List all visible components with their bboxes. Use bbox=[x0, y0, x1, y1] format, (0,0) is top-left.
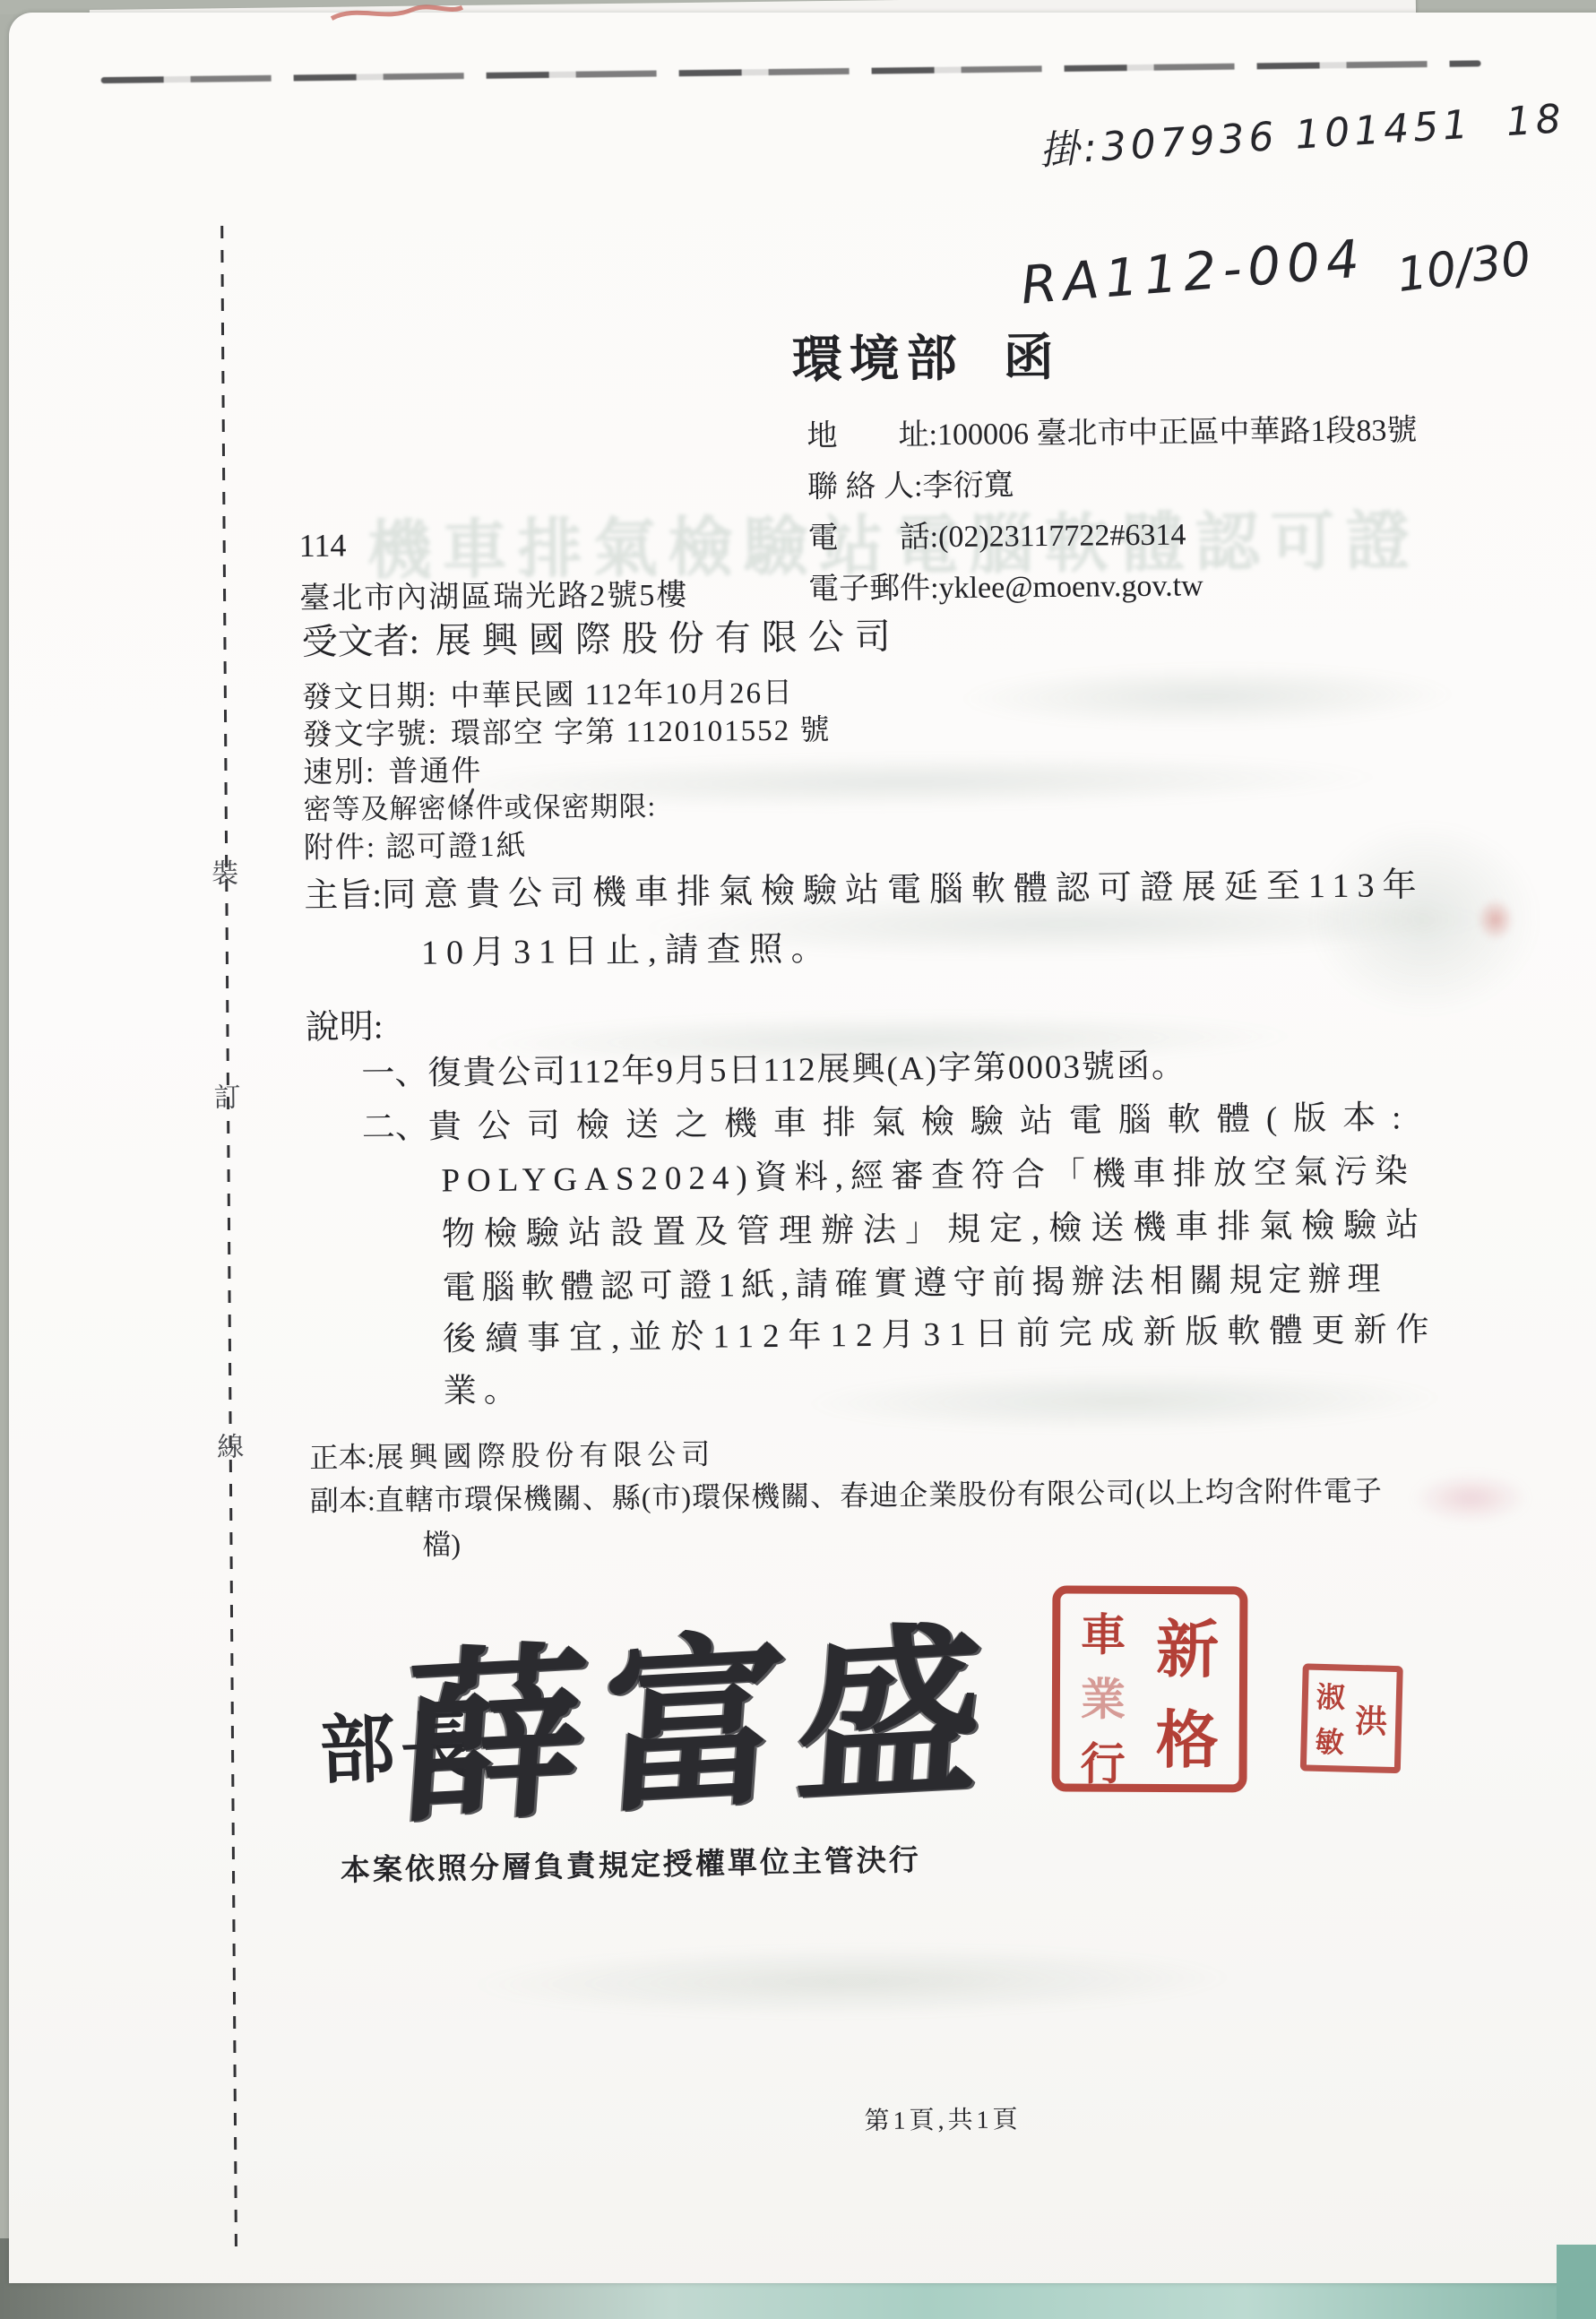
personal-seal-right-column: 洪 bbox=[1354, 1674, 1389, 1764]
bleedthrough-smudge bbox=[802, 1366, 1448, 1435]
explanation-item-2: 二、貴公司檢送之機車排氣檢驗站電腦軟體(版本: bbox=[362, 1090, 1418, 1148]
red-ink-dot bbox=[1477, 898, 1514, 941]
seal-char: 洪 bbox=[1355, 1695, 1388, 1742]
personal-name-seal-stamp: 淑 敏 洪 bbox=[1300, 1663, 1403, 1773]
contact-person-label: 聯 絡 人: bbox=[807, 470, 923, 504]
minister-signature-calligraphy: 薛富盛 bbox=[394, 1561, 1006, 1858]
item-1-number: 一、 bbox=[361, 1056, 427, 1093]
binding-mark-xian: 線 bbox=[212, 1425, 248, 1464]
doc-number-row: 發文字號:環部空 字第 1120101552 號 bbox=[302, 706, 831, 754]
cc-label: 副本: bbox=[310, 1484, 375, 1517]
classification-label: 密等及解密條件或保密期限: bbox=[303, 790, 656, 825]
binding-mark-ding: 訂 bbox=[209, 1075, 245, 1115]
contact-phone-value: (02)23117722#6314 bbox=[938, 519, 1186, 555]
item-2-line-6: 業。 bbox=[443, 1363, 524, 1412]
subject-line1: 同意貴公司機車排氣檢驗站電腦軟體認可證展延至113年 bbox=[382, 866, 1425, 914]
bleedthrough-smudge bbox=[956, 663, 1459, 730]
letter-content: 機車排氣檢驗站電腦軟體認可證 裝 訂 線 掛:307936 101451 18 … bbox=[0, 0, 1596, 2319]
contact-person-row: 聯 絡 人:李衍寬 bbox=[807, 460, 1014, 505]
item-2-line-3: 物檢驗站設置及管理辦法」規定,檢送機車排氣檢驗站 bbox=[442, 1197, 1428, 1255]
attachment-row: 附件:認可證1紙 bbox=[304, 823, 528, 866]
seal-char: 敏 bbox=[1315, 1720, 1344, 1762]
priority-value: 普通件 bbox=[388, 755, 482, 789]
subject-line2: 10月31日止,請查照。 bbox=[421, 920, 833, 973]
handwritten-date: 10/30 bbox=[1393, 232, 1533, 303]
handwritten-case-number: RA112-004 bbox=[1019, 228, 1368, 315]
binding-dashed-line bbox=[220, 226, 237, 2253]
doc-number-value: 環部空 字第 1120101552 號 bbox=[451, 714, 832, 750]
recipient-zip: 114 bbox=[298, 527, 346, 565]
recipient-label: 受文者: bbox=[301, 621, 419, 662]
original-copy-label: 正本: bbox=[309, 1441, 375, 1474]
item-2-line-5: 後續事宜,並於112年12月31日前完成新版軟體更新作 bbox=[443, 1302, 1438, 1360]
contact-phone-row: 電 話:(02)23117722#6314 bbox=[807, 510, 1186, 557]
item-1-text: 復貴公司112年9月5日112展興(A)字第0003號函。 bbox=[427, 1048, 1186, 1092]
original-copy-row: 正本:展興國際股份有限公司 bbox=[309, 1432, 715, 1477]
explanation-label: 說明: bbox=[306, 998, 384, 1048]
attachment-value: 認可證1紙 bbox=[385, 831, 528, 865]
item-2-number: 二、 bbox=[362, 1109, 428, 1147]
seal-char: 業 bbox=[1081, 1664, 1126, 1728]
seal-char: 格 bbox=[1156, 1690, 1219, 1780]
agency-title: 環境部 函 bbox=[791, 318, 1061, 392]
top-smudge-line bbox=[101, 60, 1481, 83]
issue-date-label: 發文日期: bbox=[302, 681, 438, 714]
bleedthrough-smudge bbox=[467, 1942, 1238, 2021]
contact-phone-label: 電 話: bbox=[807, 521, 938, 555]
recipient-row: 受文者:展興國際股份有限公司 bbox=[301, 608, 902, 665]
contact-address-label: 地 址: bbox=[807, 418, 937, 453]
scanned-official-letter: { "scan": { "handwriting": { "line1": "掛… bbox=[0, 0, 1596, 2319]
personal-seal-left-column: 淑 敏 bbox=[1315, 1673, 1346, 1763]
item-2-line-4: 電腦軟體認可證1紙,請確實遵守前揭辦法相關規定辦理 bbox=[442, 1251, 1386, 1308]
binding-mark-zhuang: 裝 bbox=[207, 851, 243, 891]
contact-email-label: 電子郵件: bbox=[808, 572, 939, 606]
cc-row: 副本:直轄市環保機關、縣(市)環保機關、春迪企業股份有限公司(以上均含附件電子 bbox=[310, 1468, 1383, 1519]
cc-line-2: 檔) bbox=[422, 1522, 461, 1563]
priority-label: 速別: bbox=[303, 756, 376, 789]
item-2-line-1: 貴公司檢送之機車排氣檢驗站電腦軟體(版本: bbox=[428, 1099, 1418, 1146]
company-seal-stamp: 車 業 行 新 格 bbox=[1051, 1585, 1247, 1792]
attachment-label: 附件: bbox=[304, 832, 377, 865]
contact-address-row: 地 址:100006 臺北市中正區中華路1段83號 bbox=[807, 405, 1417, 455]
explanation-item-1: 一、復貴公司112年9月5日112展興(A)字第0003號函。 bbox=[361, 1039, 1186, 1095]
recipient-name: 展興國際股份有限公司 bbox=[436, 616, 902, 661]
seal-char: 淑 bbox=[1316, 1675, 1345, 1717]
item-2-line-2: POLYGAS2024)資料,經審查符合「機車排放空氣污染 bbox=[441, 1143, 1415, 1201]
seal-char: 車 bbox=[1081, 1599, 1126, 1664]
doc-number-label: 發文字號: bbox=[303, 719, 439, 752]
scanner-bed-corner bbox=[1557, 2245, 1596, 2319]
page-number: 第1頁,共1頁 bbox=[864, 2099, 1021, 2137]
seal-char: 行 bbox=[1080, 1728, 1125, 1793]
seal-char: 新 bbox=[1156, 1599, 1219, 1690]
contact-address-value: 100006 臺北市中正區中華路1段83號 bbox=[937, 414, 1418, 452]
contact-person-value: 李衍寬 bbox=[922, 469, 1014, 503]
pink-ink-smudge bbox=[1412, 1473, 1530, 1523]
classification-row: 密等及解密條件或保密期限: bbox=[303, 783, 656, 827]
subject-label: 主旨: bbox=[304, 876, 382, 915]
handwritten-registry-number: 掛:307936 101451 18 bbox=[1038, 86, 1567, 176]
cc-line-1: 直轄市環保機關、縣(市)環保機關、春迪企業股份有限公司(以上均含附件電子 bbox=[375, 1474, 1383, 1516]
company-seal-left-column: 車 業 行 bbox=[1081, 1599, 1126, 1779]
contact-email-row: 電子郵件:yklee@moenv.gov.tw bbox=[808, 560, 1203, 608]
company-seal-right-column: 新 格 bbox=[1156, 1599, 1220, 1779]
contact-email-value: yklee@moenv.gov.tw bbox=[938, 569, 1203, 605]
red-pen-mark bbox=[330, 0, 464, 28]
original-copy-value: 展興國際股份有限公司 bbox=[375, 1438, 715, 1474]
